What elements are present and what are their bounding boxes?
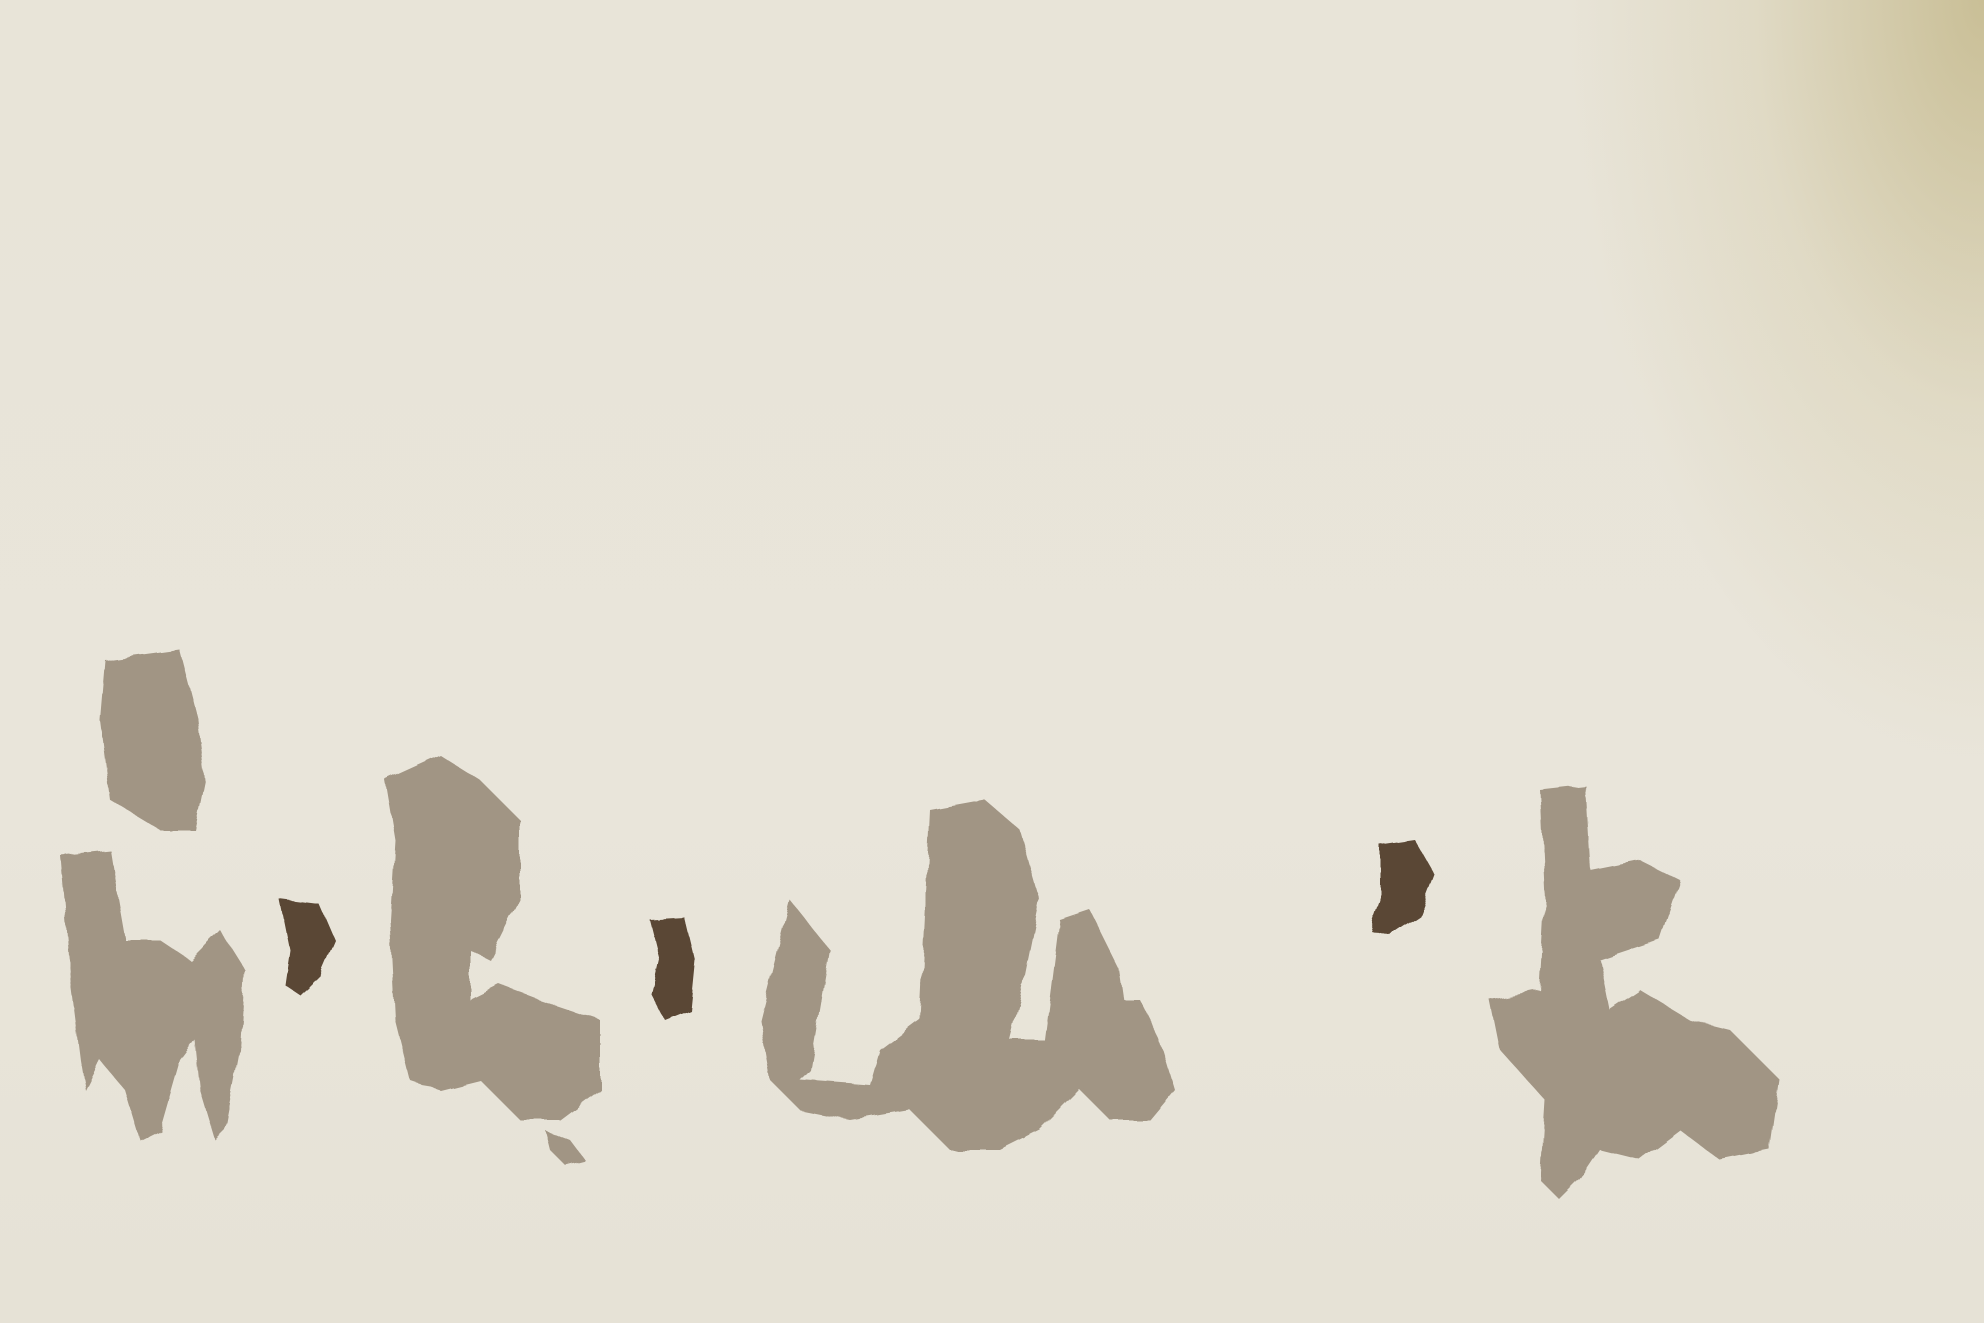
paper-background: Handwritten signature (illegible brush s…	[0, 0, 1984, 1323]
ink-signature	[0, 0, 1984, 1323]
